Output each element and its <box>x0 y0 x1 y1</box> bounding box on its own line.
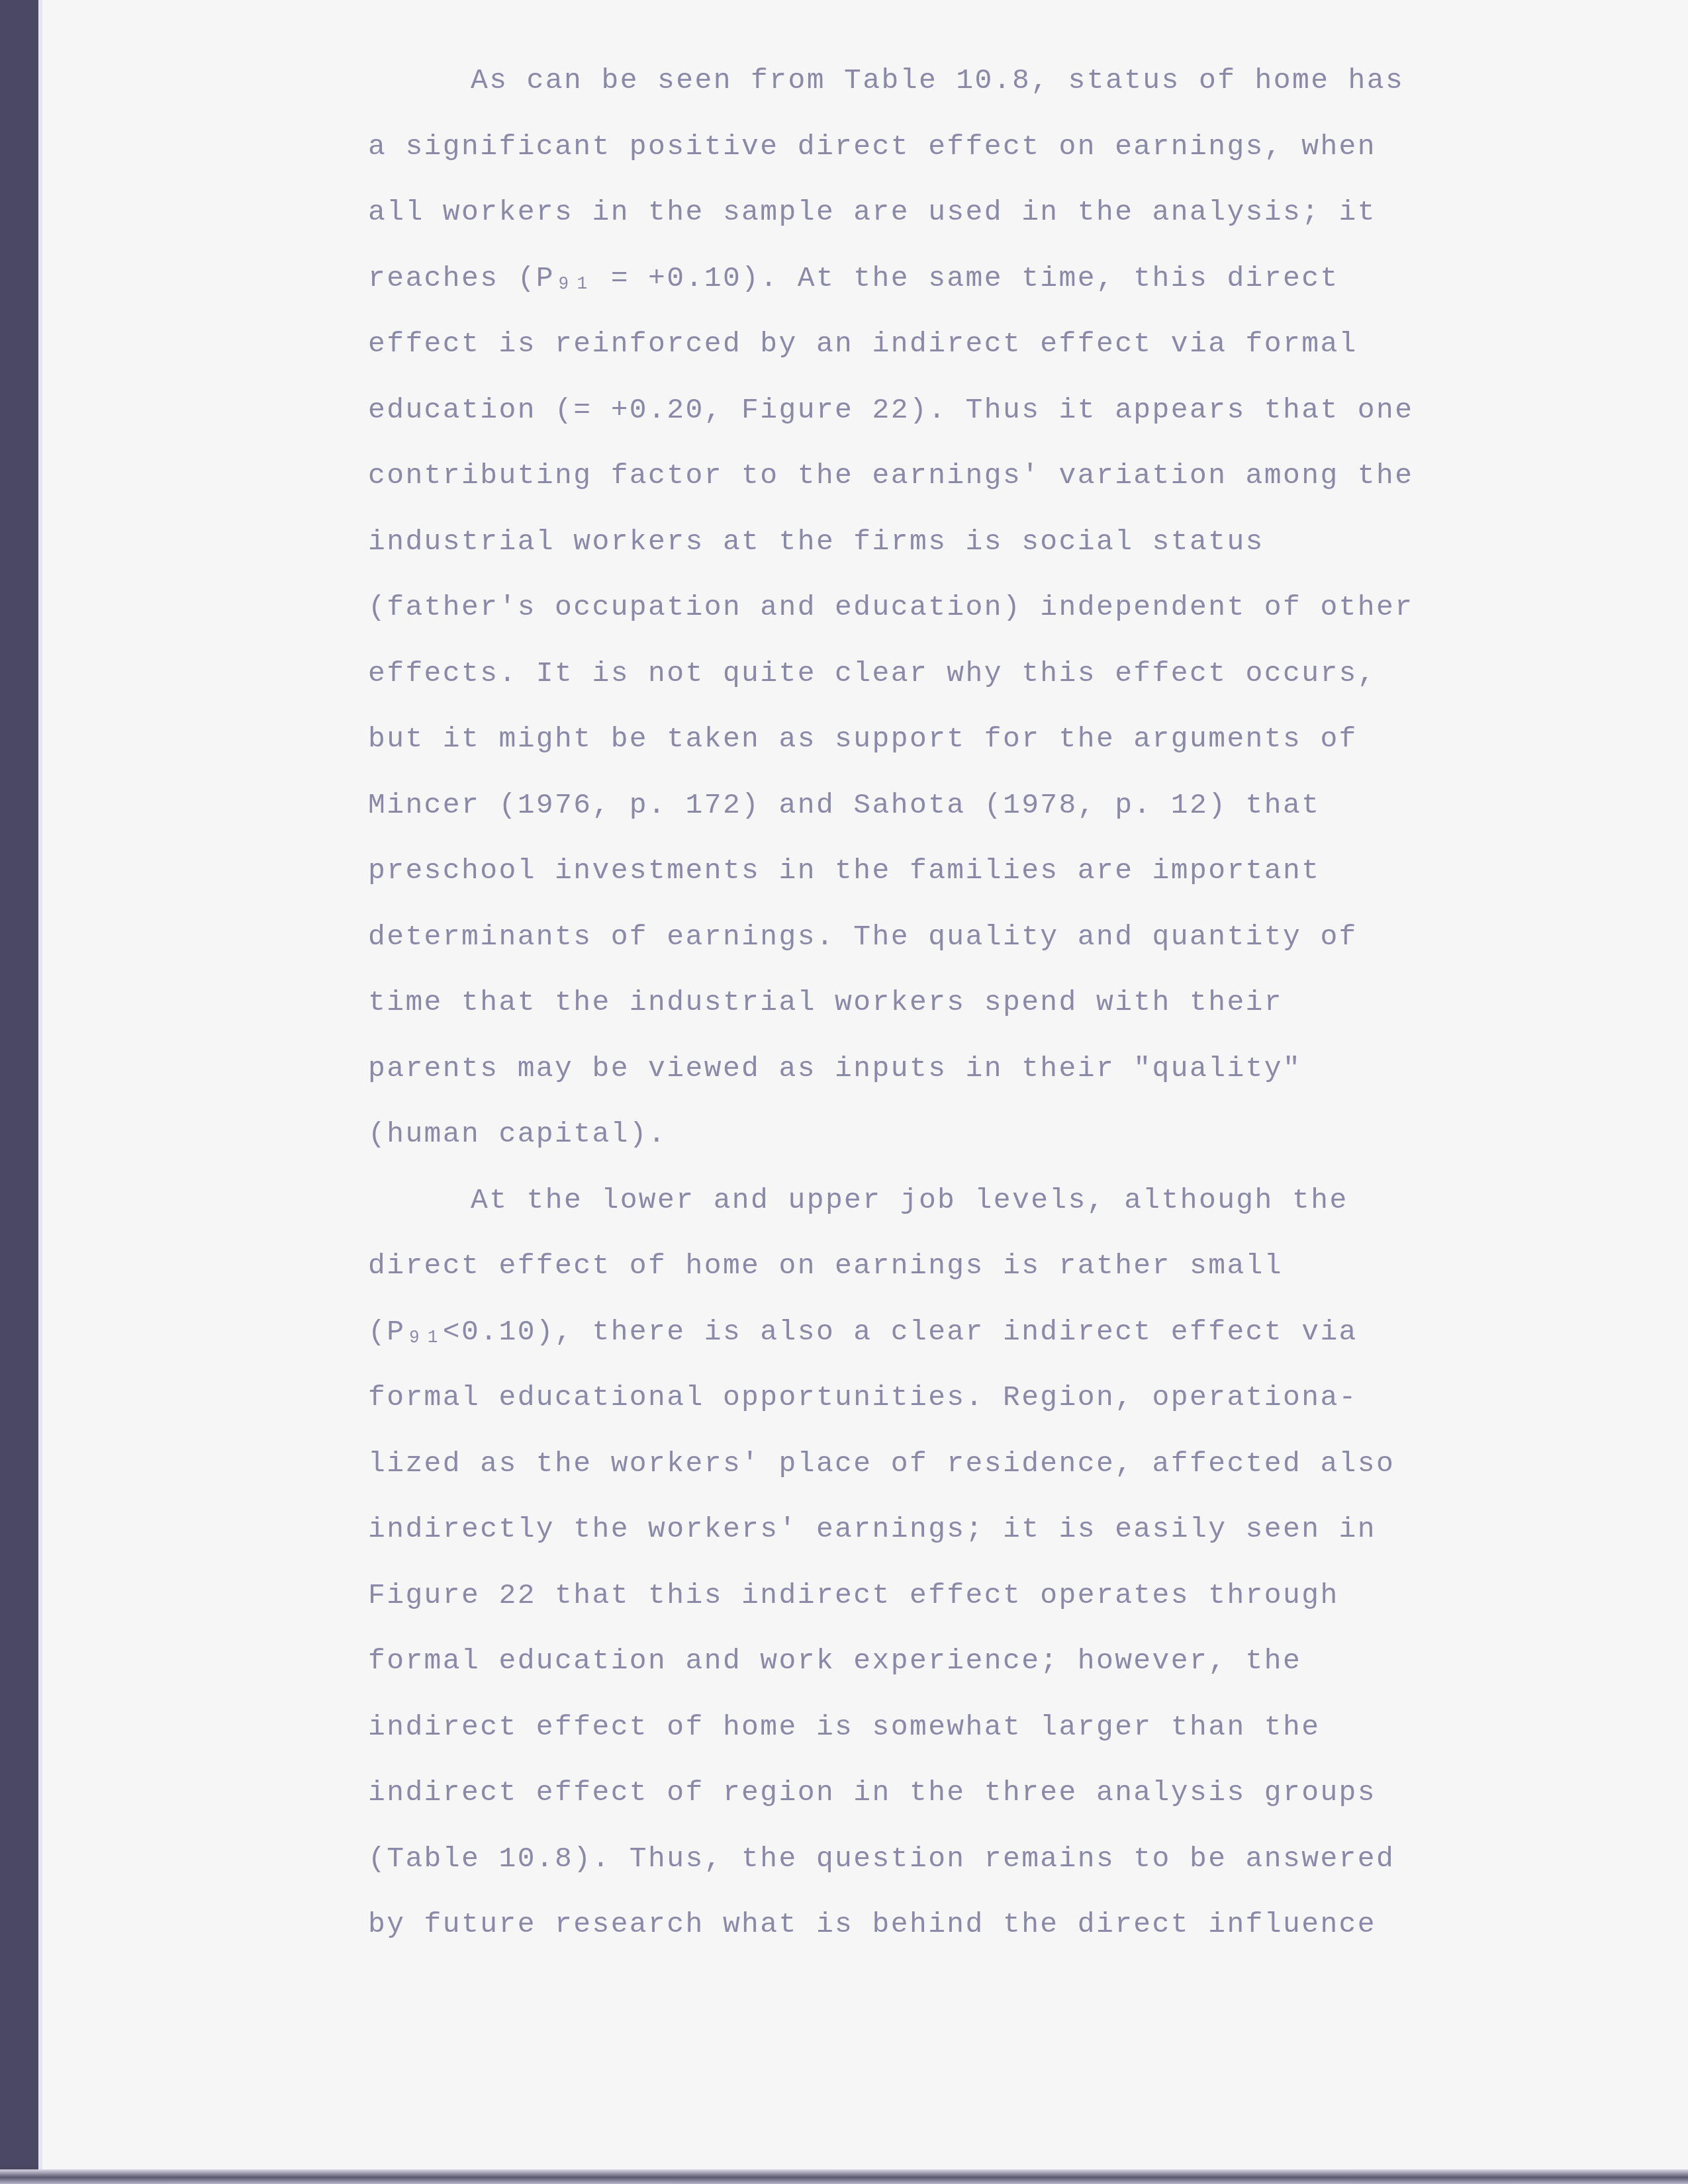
text-line: but it might be taken as support for the… <box>368 706 1493 772</box>
scanned-page: As can be seen from Table 10.8, status o… <box>0 0 1688 2184</box>
text-line: indirect effect of home is somewhat larg… <box>368 1694 1493 1760</box>
text-line: (P₉₁<0.10), there is also a clear indire… <box>368 1299 1493 1365</box>
text-line: formal educational opportunities. Region… <box>368 1365 1493 1431</box>
text-line: effects. It is not quite clear why this … <box>368 641 1493 707</box>
text-line: by future research what is behind the di… <box>368 1891 1493 1958</box>
text-line: (father's occupation and education) inde… <box>368 574 1493 641</box>
paragraph-2: At the lower and upper job levels, altho… <box>368 1167 1493 1958</box>
text-line: reaches (P₉₁ = +0.10). At the same time,… <box>368 246 1493 312</box>
text-line: direct effect of home on earnings is rat… <box>368 1233 1493 1299</box>
text-line: time that the industrial workers spend w… <box>368 970 1493 1036</box>
text-line: At the lower and upper job levels, altho… <box>368 1167 1493 1234</box>
text-line: (Table 10.8). Thus, the question remains… <box>368 1826 1493 1892</box>
text-line: parents may be viewed as inputs in their… <box>368 1036 1493 1102</box>
text-line: Figure 22 that this indirect effect oper… <box>368 1563 1493 1629</box>
text-line: education (= +0.20, Figure 22). Thus it … <box>368 377 1493 443</box>
text-line: (human capital). <box>368 1101 1493 1167</box>
text-line: a significant positive direct effect on … <box>368 114 1493 180</box>
text-line: formal education and work experience; ho… <box>368 1628 1493 1694</box>
body-text: As can be seen from Table 10.8, status o… <box>368 48 1493 1958</box>
paragraph-1: As can be seen from Table 10.8, status o… <box>368 48 1493 1167</box>
binding-edge <box>0 0 42 2184</box>
text-line: preschool investments in the families ar… <box>368 838 1493 904</box>
text-line: indirectly the workers' earnings; it is … <box>368 1496 1493 1563</box>
text-line: lized as the workers' place of residence… <box>368 1431 1493 1497</box>
text-line: determinants of earnings. The quality an… <box>368 904 1493 970</box>
page-bottom-edge <box>0 2169 1688 2184</box>
text-line: industrial workers at the firms is socia… <box>368 509 1493 575</box>
text-line: As can be seen from Table 10.8, status o… <box>368 48 1493 114</box>
text-line: Mincer (1976, p. 172) and Sahota (1978, … <box>368 772 1493 839</box>
text-line: effect is reinforced by an indirect effe… <box>368 311 1493 377</box>
text-line: contributing factor to the earnings' var… <box>368 443 1493 509</box>
text-line: indirect effect of region in the three a… <box>368 1760 1493 1826</box>
text-line: all workers in the sample are used in th… <box>368 179 1493 246</box>
